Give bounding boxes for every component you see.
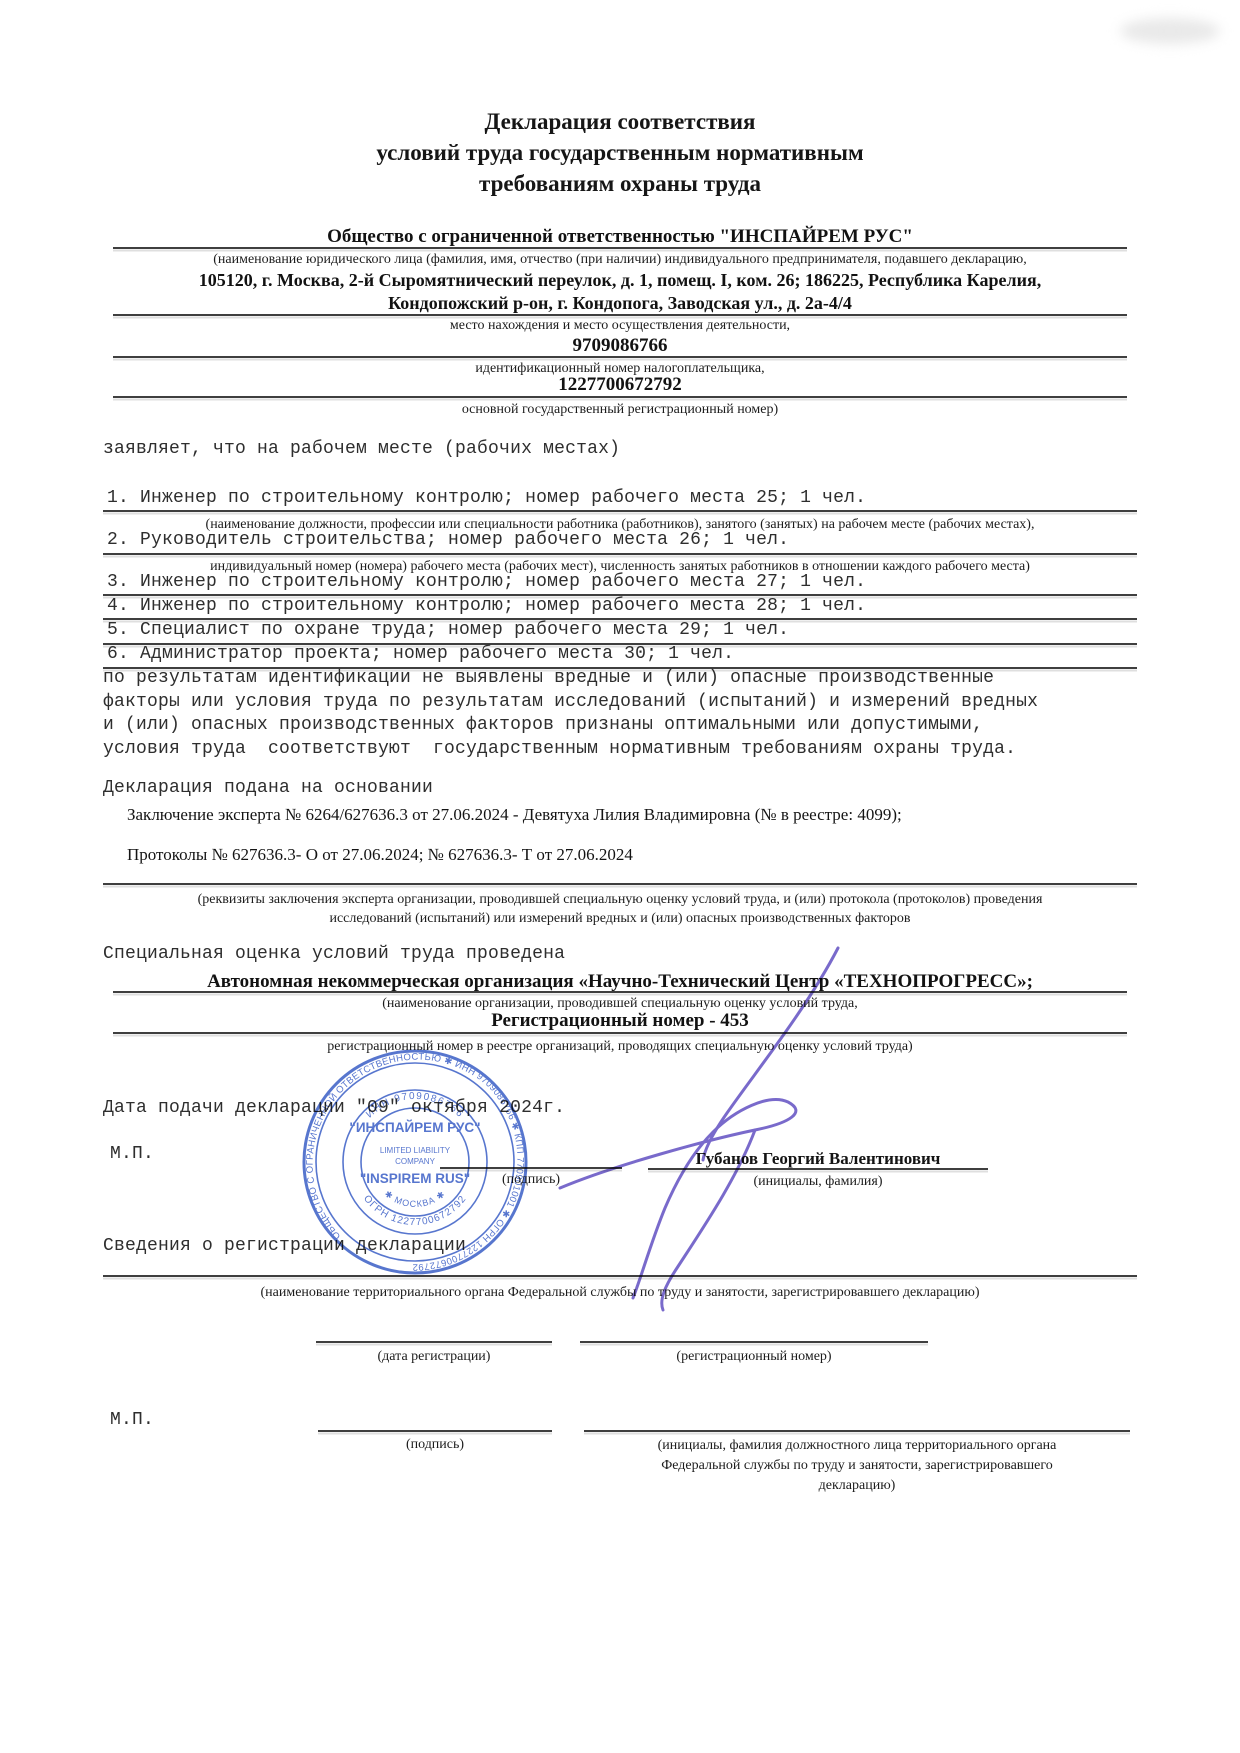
- stamp-city-text: ✱ МОСКВА ✱: [383, 1189, 448, 1210]
- workplace-item-4: 4. Инженер по строительному контролю; но…: [107, 597, 866, 615]
- declarant-address-caption: место нахождения и место осуществления д…: [103, 318, 1137, 333]
- workplace-item-3: 3. Инженер по строительному контролю; но…: [107, 573, 866, 591]
- declarant-ogrn: 1227700672792: [103, 375, 1137, 394]
- workplace-item-2: 2. Руководитель строительства; номер раб…: [107, 531, 789, 549]
- handwritten-signature: [455, 930, 855, 1320]
- svg-text:✱ МОСКВА ✱: ✱ МОСКВА ✱: [383, 1189, 448, 1210]
- stamp-llc-line-2: COMPANY: [395, 1157, 436, 1166]
- stamp-place-label-2: М.П.: [110, 1411, 154, 1429]
- rule-reg-signature: [318, 1430, 552, 1432]
- rule-basis: [103, 883, 1137, 885]
- rule-under-address: [113, 314, 1127, 316]
- declaration-document: Декларация соответствия условий труда го…: [0, 0, 1240, 1753]
- declarant-name-caption: (наименование юридического лица (фамилия…: [103, 252, 1137, 267]
- basis-caption: (реквизиты заключения эксперта организац…: [103, 891, 1137, 928]
- scan-artifact: [1120, 18, 1220, 44]
- workplace-item-5: 5. Специалист по охране труда; номер раб…: [107, 621, 789, 639]
- stamp-place-label-1: М.П.: [110, 1145, 154, 1163]
- protocols: Протоколы № 627636.3- О от 27.06.2024; №…: [127, 846, 633, 863]
- basis-heading: Декларация подана на основании: [103, 779, 433, 797]
- rule-official: [584, 1430, 1130, 1432]
- declarant-inn: 9709086766: [103, 336, 1137, 355]
- rule-under-name: [113, 247, 1127, 249]
- official-caption: (инициалы, фамилия должностного лица тер…: [584, 1436, 1130, 1496]
- workplace-item-6: 6. Администратор проекта; номер рабочего…: [107, 645, 734, 663]
- svg-text:ИНН 9709086766: ИНН 9709086766: [364, 1091, 466, 1120]
- rule-item-1: [103, 510, 1137, 512]
- reg-signature-caption: (подпись): [318, 1437, 552, 1452]
- workplace-item-1: 1. Инженер по строительному контролю; но…: [107, 489, 866, 507]
- declarant-address: 105120, г. Москва, 2-й Сыромятнический п…: [103, 269, 1137, 314]
- declarant-ogrn-caption: основной государственный регистрационный…: [103, 402, 1137, 417]
- stamp-llc-line-1: LIMITED LIABILITY: [380, 1146, 451, 1155]
- expert-conclusion: Заключение эксперта № 6264/627636.3 от 2…: [127, 806, 902, 823]
- conclusion-paragraph: по результатам идентификации не выявлены…: [103, 667, 1163, 761]
- signature-strokes: [455, 930, 855, 1320]
- statement-intro: заявляет, что на рабочем месте (рабочих …: [103, 440, 620, 458]
- reg-date-caption: (дата регистрации): [316, 1349, 552, 1364]
- document-title: Декларация соответствия условий труда го…: [103, 106, 1137, 199]
- stamp-inn-text: ИНН 9709086766: [364, 1091, 466, 1120]
- rule-reg-date: [316, 1341, 552, 1343]
- rule-item-2: [103, 553, 1137, 555]
- declarant-name: Общество с ограниченной ответственностью…: [103, 227, 1137, 246]
- stamp-company-name-en: "INSPIREM RUS": [360, 1171, 470, 1186]
- rule-under-ogrn: [113, 396, 1127, 398]
- rule-under-inn: [113, 356, 1127, 358]
- rule-reg-number: [580, 1341, 928, 1343]
- reg-number-caption: (регистрационный номер): [580, 1349, 928, 1364]
